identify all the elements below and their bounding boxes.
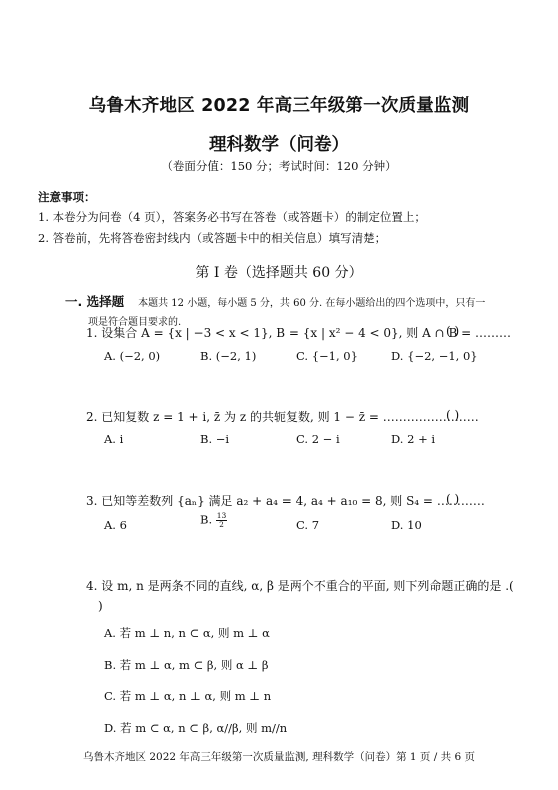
option-b: B. 若 m ⊥ α, m ⊂ β, 则 α ⊥ β — [104, 657, 269, 673]
option-d: D. 若 m ⊂ α, n ⊂ β, α//β, 则 m//n — [104, 720, 287, 736]
exam-info: （卷面分值：150 分；考试时间：120 分钟） — [0, 158, 558, 174]
option-a: A. 若 m ⊥ n, n ⊂ α, 则 m ⊥ α — [104, 625, 270, 641]
question-dots: ……… — [475, 326, 511, 340]
question-number: 4. — [86, 579, 97, 593]
option-c: C. 7 — [296, 518, 319, 532]
answer-paren[interactable]: ( ) — [446, 324, 459, 338]
option-a: A. (−2, 0) — [104, 349, 160, 363]
denominator: 2 — [216, 521, 228, 529]
option-d: D. 10 — [391, 518, 422, 532]
notes-heading: 注意事项： — [38, 189, 96, 205]
question-number: 3. — [86, 494, 97, 508]
question-4: 4. 设 m, n 是两条不同的直线, α, β 是两个不重合的平面, 则下列命… — [86, 577, 514, 594]
question-stem: 已知等差数列 {aₙ} 满足 a₂ + a₄ = 4, a₄ + a₁₀ = 8… — [101, 494, 433, 508]
option-c: C. 2 − i — [296, 432, 340, 446]
option-d: D. {−2, −1, 0} — [391, 349, 478, 363]
option-b: B. −i — [200, 432, 229, 446]
answer-paren[interactable]: ( ) — [446, 408, 459, 422]
part-header: 一. 选择题本题共 12 小题，每小题 5 分，共 60 分. 在每小题给出的四… — [65, 292, 485, 310]
exam-title: 乌鲁木齐地区 2022 年高三年级第一次质量监测 — [0, 92, 558, 117]
option-a: A. i — [104, 432, 123, 446]
option-c: C. 若 m ⊥ α, n ⊥ α, 则 m ⊥ n — [104, 688, 271, 704]
question-number: 1. — [86, 326, 97, 340]
page-footer: 乌鲁木齐地区 2022 年高三年级第一次质量监测, 理科数学（问卷）第 1 页 … — [0, 749, 558, 764]
option-a: A. 6 — [104, 518, 127, 532]
part-label: 一. 选择题 — [65, 294, 124, 309]
option-b: B. 13 2 — [200, 512, 227, 529]
question-stem: 设集合 A = {x | −3 < x < 1}, B = {x | x² − … — [101, 326, 471, 340]
option-b: B. (−2, 1) — [200, 349, 256, 363]
option-b-label: B. — [200, 513, 212, 527]
answer-paren[interactable]: ) — [98, 599, 103, 613]
answer-paren[interactable]: ( ) — [446, 492, 459, 506]
question-stem: 设 m, n 是两条不同的直线, α, β 是两个不重合的平面, 则下列命题正确… — [101, 579, 501, 593]
question-number: 2. — [86, 410, 97, 424]
question-2: 2. 已知复数 z = 1 + i, z̄ 为 z 的共轭复数, 则 1 − z… — [86, 408, 479, 425]
question-3: 3. 已知等差数列 {aₙ} 满足 a₂ + a₄ = 4, a₄ + a₁₀ … — [86, 492, 485, 509]
note-item: 2. 答卷前，先将答卷密封线内（或答题卡中的相关信息）填写清楚； — [38, 230, 386, 246]
exam-subtitle: 理科数学（问卷） — [0, 131, 558, 156]
fraction: 13 2 — [216, 512, 228, 529]
section-title: 第 I 卷（选择题共 60 分） — [0, 262, 558, 282]
option-c: C. {−1, 0} — [296, 349, 358, 363]
question-dots: .( — [505, 579, 514, 593]
question-dots: ………… — [437, 494, 485, 508]
part-description: 本题共 12 小题，每小题 5 分，共 60 分. 在每小题给出的四个选项中，只… — [138, 298, 485, 309]
question-stem: 已知复数 z = 1 + i, z̄ 为 z 的共轭复数, 则 1 − z̄ = — [101, 410, 379, 424]
option-d: D. 2 + i — [391, 432, 435, 446]
question-dots: …………………… — [383, 410, 479, 424]
note-item: 1. 本卷分为问卷（4 页），答案务必书写在答卷（或答题卡）的制定位置上； — [38, 209, 426, 225]
